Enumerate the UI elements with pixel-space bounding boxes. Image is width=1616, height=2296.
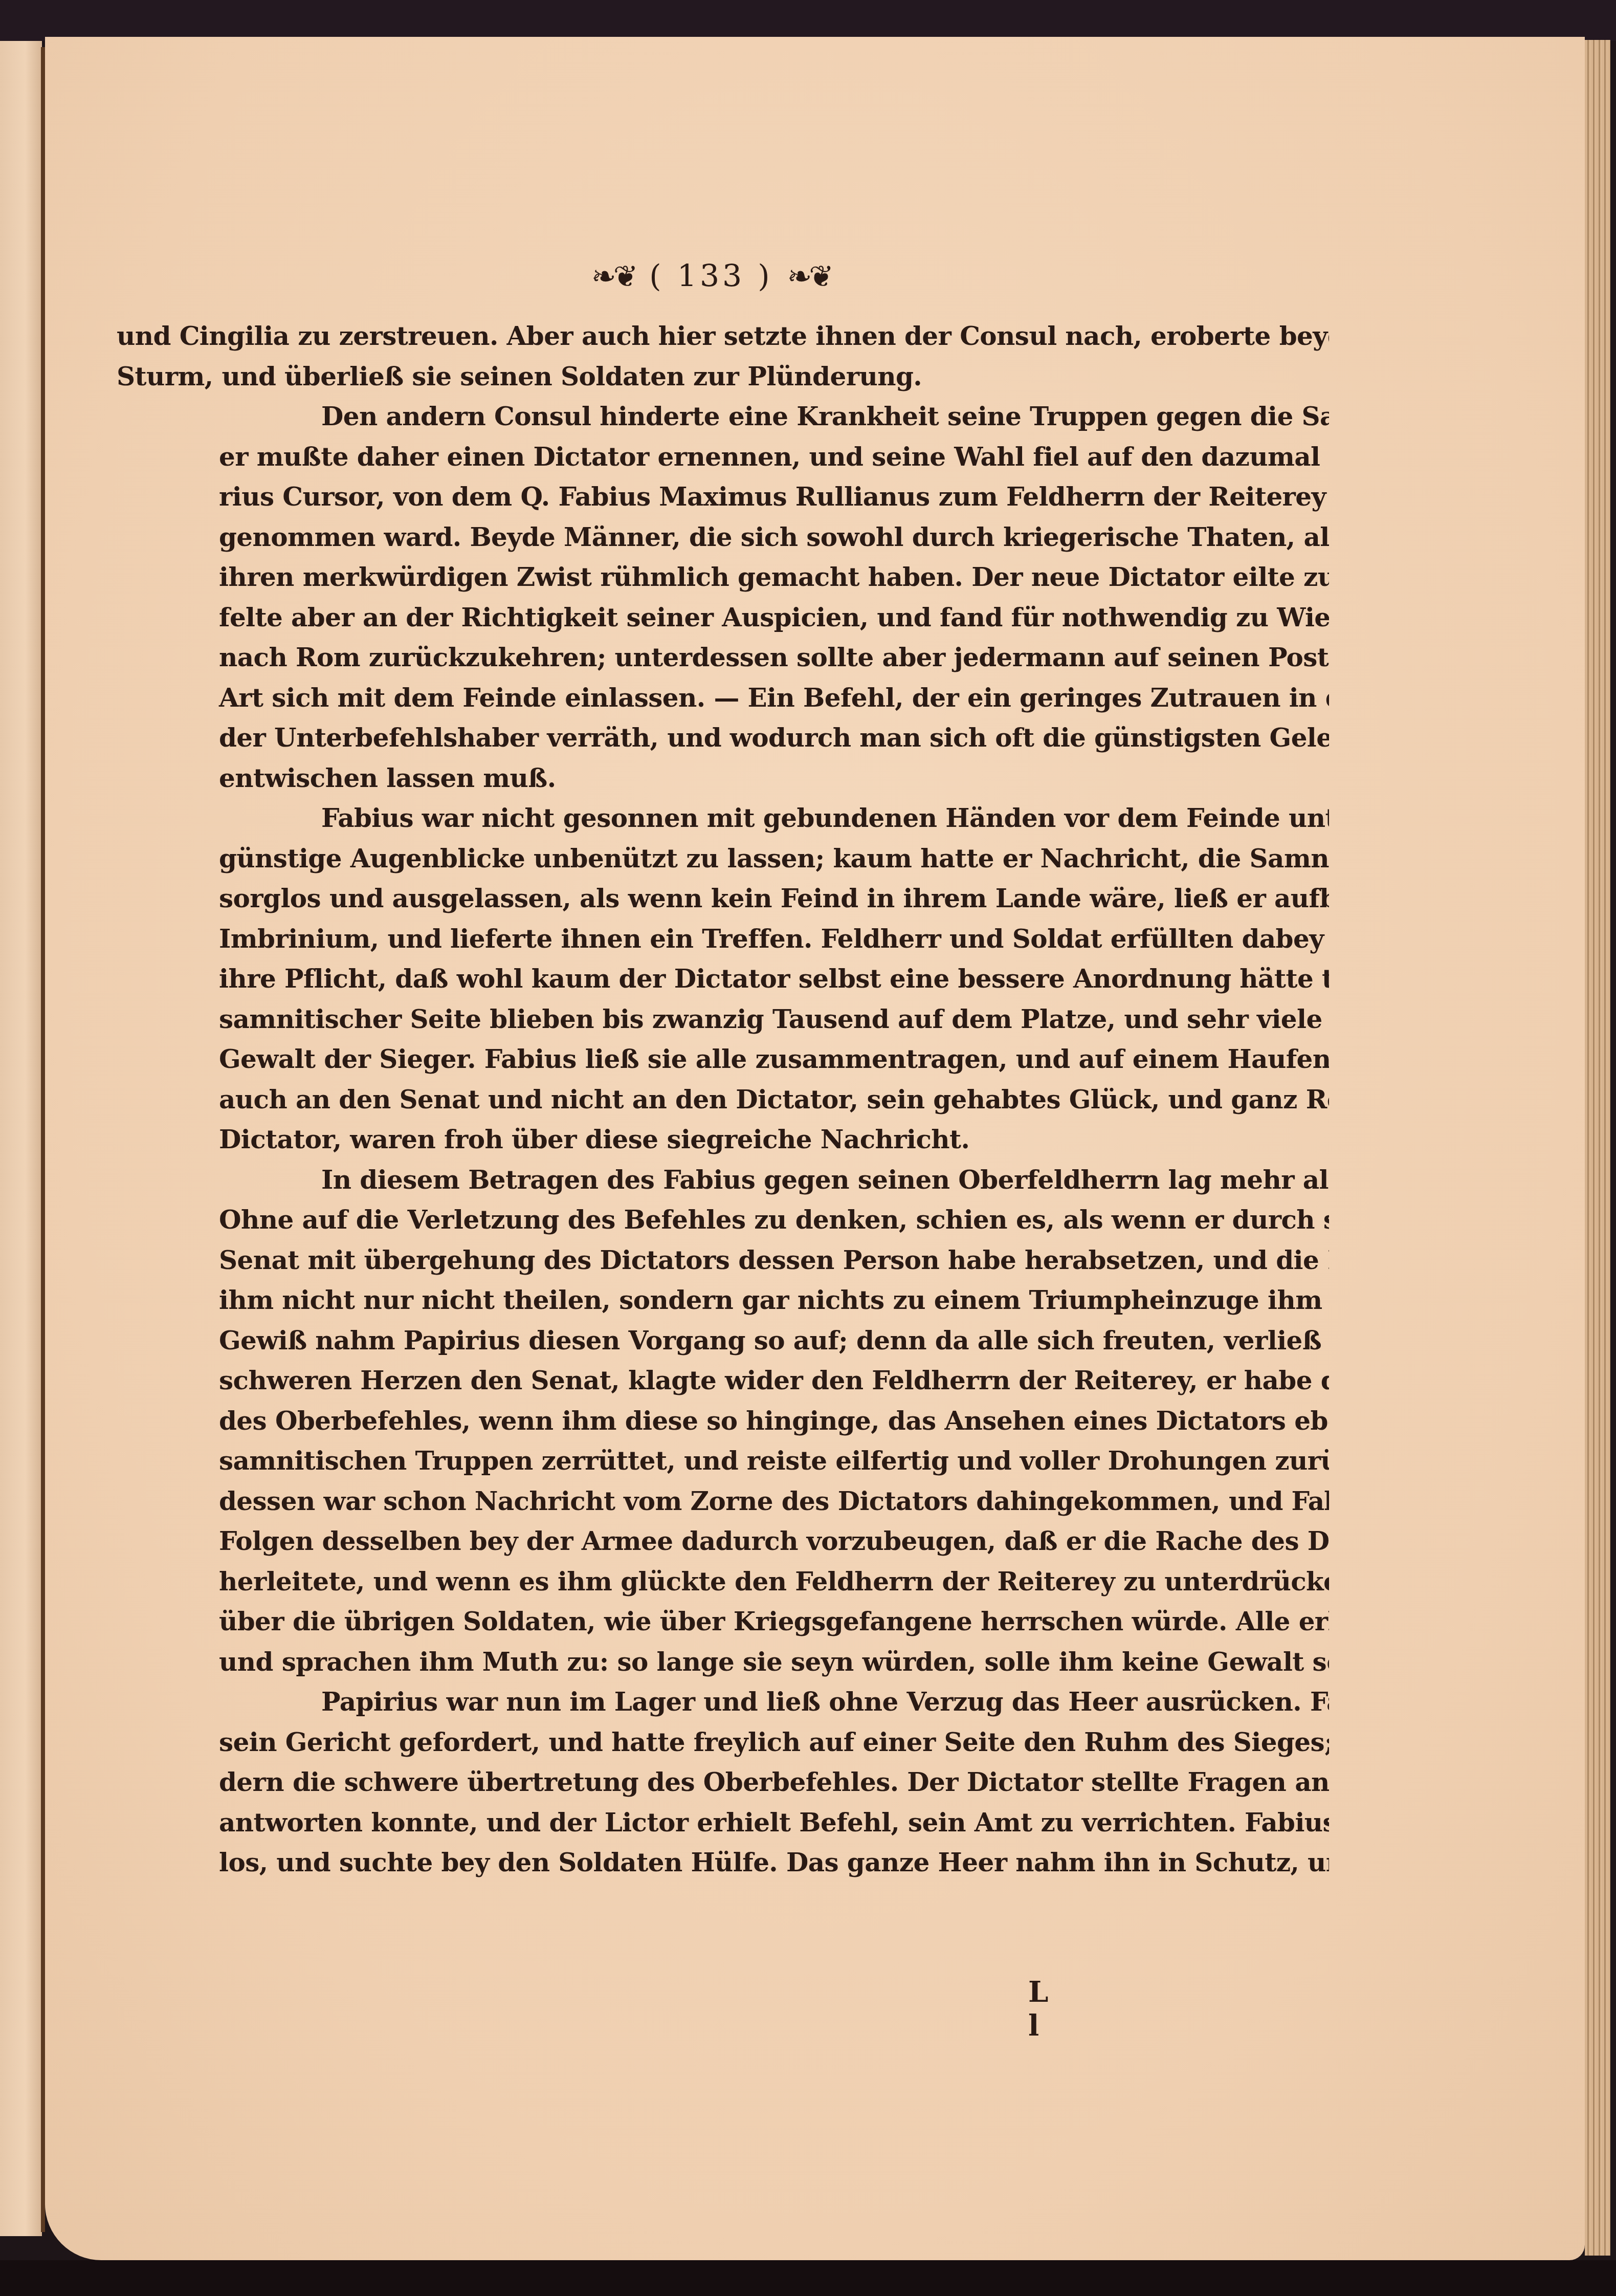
text-line: entwischen lassen muß.	[117, 758, 1329, 799]
text-line: ihren merkwürdigen Zwist rühmlich gemach…	[117, 557, 1329, 598]
left-page-edge	[0, 41, 42, 2236]
text-line: er mußte daher einen Dictator ernennen, …	[117, 437, 1329, 477]
text-line: samnitischer Seite blieben bis zwanzig T…	[117, 999, 1329, 1040]
text-line: Senat mit übergehung des Dictators desse…	[117, 1240, 1329, 1281]
paragraph: Den andern Consul hinderte eine Krankhei…	[117, 397, 1329, 798]
text-line: Folgen desselben bey der Armee dadurch v…	[117, 1521, 1329, 1562]
paragraph: und Cingilia zu zerstreuen. Aber auch hi…	[117, 316, 1329, 397]
text-line: In diesem Betragen des Fabius gegen sein…	[117, 1160, 1329, 1200]
text-line: Imbrinium, und lieferte ihnen ein Treffe…	[117, 919, 1329, 959]
text-line: dern die schwere übertretung des Oberbef…	[117, 1762, 1329, 1803]
text-line: felte aber an der Richtigkeit seiner Aus…	[117, 598, 1329, 638]
signature-mark: L l	[1028, 1975, 1090, 2016]
text-line: Fabius war nicht gesonnen mit gebundenen…	[117, 798, 1329, 839]
page-number: ( 133 )	[649, 258, 772, 294]
body-text: und Cingilia zu zerstreuen. Aber auch hi…	[117, 316, 1329, 1883]
text-line: rius Cursor, von dem Q. Fabius Maximus R…	[117, 477, 1329, 517]
text-line: Sturm, und überließ sie seinen Soldaten …	[117, 357, 1329, 397]
paragraph: Fabius war nicht gesonnen mit gebundenen…	[117, 798, 1329, 1160]
text-line: und sprachen ihm Muth zu: so lange sie s…	[117, 1642, 1329, 1682]
paragraph: Papirius war nun im Lager und ließ ohne …	[117, 1682, 1329, 1883]
text-line: Art sich mit dem Feinde einlassen. — Ein…	[117, 678, 1329, 718]
text-line: ihre Pflicht, daß wohl kaum der Dictator…	[117, 959, 1329, 999]
text-line: antworten konnte, und der Lictor erhielt…	[117, 1803, 1329, 1843]
book-gutter	[41, 47, 45, 2232]
text-line: Papirius war nun im Lager und ließ ohne …	[117, 1682, 1329, 1722]
book-scan: ❧❦ ( 133 ) ❧❦ und Cingilia zu zerstreuen…	[0, 0, 1616, 2296]
ornament-left-icon: ❧❦	[591, 259, 635, 294]
text-line: der Unterbefehlshaber verräth, und wodur…	[117, 718, 1329, 758]
text-line: samnitischen Truppen zerrüttet, und reis…	[117, 1441, 1329, 1481]
page-header: ❧❦ ( 133 ) ❧❦	[558, 256, 865, 297]
text-line: Gewalt der Sieger. Fabius ließ sie alle …	[117, 1039, 1329, 1080]
text-line: ihm nicht nur nicht theilen, sondern gar…	[117, 1280, 1329, 1321]
book-cover-bottom	[0, 2260, 1616, 2296]
text-line: Dictator, waren froh über diese siegreic…	[117, 1120, 1329, 1160]
text-line: sorglos und ausgelassen, als wenn kein F…	[117, 879, 1329, 919]
text-line: nach Rom zurückzukehren; unterdessen sol…	[117, 638, 1329, 678]
text-line: des Oberbefehles, wenn ihm diese so hing…	[117, 1401, 1329, 1441]
text-line: Den andern Consul hinderte eine Krankhei…	[117, 397, 1329, 437]
page-stack-edges	[1585, 40, 1610, 2256]
text-line: über die übrigen Soldaten, wie über Krie…	[117, 1602, 1329, 1642]
text-line: auch an den Senat und nicht an den Dicta…	[117, 1080, 1329, 1120]
text-line: günstige Augenblicke unbenützt zu lassen…	[117, 839, 1329, 879]
text-line: genommen ward. Beyde Männer, die sich so…	[117, 517, 1329, 558]
text-line: und Cingilia zu zerstreuen. Aber auch hi…	[117, 316, 1329, 357]
text-line: Ohne auf die Verletzung des Befehles zu …	[117, 1200, 1329, 1240]
text-line: sein Gericht gefordert, und hatte freyli…	[117, 1722, 1329, 1763]
text-line: herleitete, und wenn es ihm glückte den …	[117, 1562, 1329, 1602]
book-cover-top	[0, 0, 1616, 41]
text-line: Gewiß nahm Papirius diesen Vorgang so au…	[117, 1321, 1329, 1361]
text-line: schweren Herzen den Senat, klagte wider …	[117, 1361, 1329, 1401]
paragraph: In diesem Betragen des Fabius gegen sein…	[117, 1160, 1329, 1682]
ornament-right-icon: ❧❦	[787, 259, 831, 294]
text-line: dessen war schon Nachricht vom Zorne des…	[117, 1481, 1329, 1522]
text-line: los, und suchte bey den Soldaten Hülfe. …	[117, 1843, 1329, 1883]
